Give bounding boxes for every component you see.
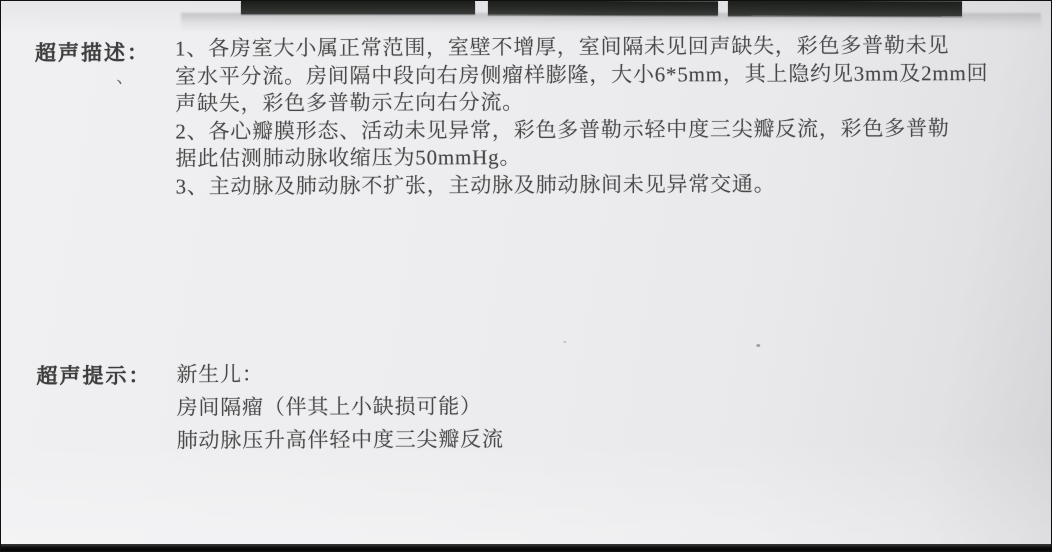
impression-text-block: 新生儿： 房间隔瘤（伴其上小缺损可能） 肺动脉压升高伴轻中度三尖瓣反流 [176, 357, 503, 457]
paper-speck [756, 344, 760, 347]
photo-bottom-edge [1, 544, 1051, 551]
paper-stray-mark: 、 [116, 63, 134, 89]
description-line: 3、主动脉及肺动脉不扩张，主动脉及肺动脉间未见异常交通。 [176, 170, 989, 201]
report-photo: 超声描述： 1、各房室大小属正常范围，室壁不增厚，室间隔未见回声缺失，彩色多普勒… [0, 0, 1052, 552]
description-line: 2、各心瓣膜形态、活动未见异常，彩色多普勒示轻中度三尖瓣反流，彩色多普勒 [175, 115, 988, 146]
description-line: 声缺失，彩色多普勒示左向右分流。 [175, 87, 988, 118]
impression-line: 房间隔瘤（伴其上小缺损可能） [177, 390, 504, 424]
impression-line: 新生儿： [176, 357, 503, 391]
document-content: 超声描述： 1、各房室大小属正常范围，室壁不增厚，室间隔未见回声缺失，彩色多普勒… [0, 0, 1052, 552]
paper-speck [563, 341, 566, 343]
description-line: 室水平分流。房间隔中段向右房侧瘤样膨隆，大小6*5mm，其上隐约见3mm及2mm… [175, 60, 988, 91]
description-text-block: 1、各房室大小属正常范围，室壁不增厚，室间隔未见回声缺失，彩色多普勒未见 室水平… [175, 32, 989, 201]
description-line: 据此估测肺动脉收缩压为50mmHg。 [175, 142, 988, 173]
impression-line: 肺动脉压升高伴轻中度三尖瓣反流 [177, 423, 504, 457]
impression-section-label: 超声提示： [36, 360, 151, 391]
description-line: 1、各房室大小属正常范围，室壁不增厚，室间隔未见回声缺失，彩色多普勒未见 [175, 32, 988, 63]
